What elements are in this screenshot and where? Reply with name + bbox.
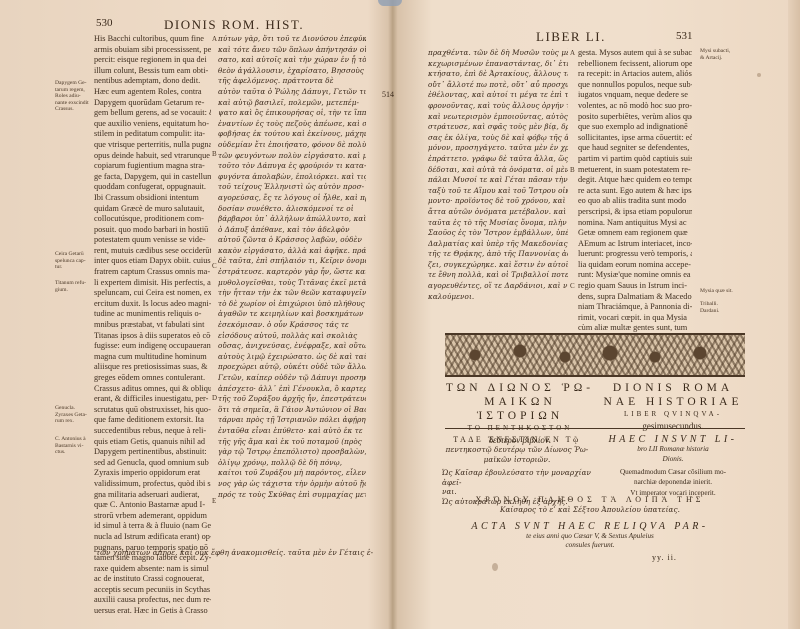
- text-line: fugisse: eum indigenę occupauerant: [94, 341, 211, 352]
- text-line: Titanas ipsos à diis superatos eò cō-: [94, 331, 211, 342]
- text-line: τῆς τοῦ Ζυράξου ἀρχῆς ἦν, ἐπεστράτευσε,: [218, 394, 366, 405]
- text-line: κακὸν εἰργάσατο, ἀλλὰ καὶ ἀφῆκε. πράξας: [218, 246, 366, 257]
- text-line: γὰρ τῷ Ἴστρῳ ἐπεπόλιστο) προσβαλὼν, ἐν: [218, 447, 366, 458]
- text-line: potestatem quum venisse se vide-: [94, 235, 211, 246]
- page-number: 531: [676, 30, 693, 42]
- text-line: quidam Græcè de muro salutauit,: [94, 204, 211, 215]
- text-line: partim vi partim quòd captiuis suis: [578, 154, 692, 165]
- text-line: προεχώρει αὐτῷ, οὐκέτι οὐδὲ τῶν ἄλλων: [218, 362, 366, 373]
- contents-heading: μαϊκῶν ἱστοριῶν.: [442, 455, 592, 465]
- text-line: quæ C. Antonio Bastarnæ apud I-: [94, 500, 211, 511]
- margin-note-line: Triballi.: [700, 301, 719, 308]
- text-line: ἄττα αὐτῶν ὀνόματα μετέβαλον. καὶ μετὰ: [428, 207, 568, 218]
- text-line: νος γὰρ ὡς τάχιστα τὴν ὁρμὴν αὐτοῦ ᾔσθετ…: [218, 479, 366, 490]
- text-line: eo quo ab aliis tradita sunt modo: [578, 196, 692, 207]
- text-line: perscripsi, & ipsa etiam populorum: [578, 207, 692, 218]
- text-line: ταῦτα ἐς τὸ τῆς Μυσίας ὄνομα, πλὴν ὅσα ὁ: [428, 218, 568, 229]
- text-line: collocutúsque, proditionem com-: [94, 214, 211, 225]
- text-line: ac de instituto Crassi cognouerat,: [94, 574, 211, 585]
- title-line: NAE HISTORIAE: [598, 395, 748, 409]
- margin-note-line: Ceira Getarū: [55, 251, 86, 258]
- margin-note-line: Genucla.: [55, 405, 87, 412]
- text-line: regio quam Sauus in Istrum inci-: [578, 281, 692, 292]
- text-line: εἰσόδους αὐτοῦ, πολλὰς καὶ σκολιὰς: [218, 331, 366, 342]
- text-line: καὶ τότε ἄνευ τῶν ὅπλων ἀπήντησάν οἱ, ἐφ…: [218, 45, 366, 56]
- contents-heading: πεντηκοστῷ δευτέρῳ τῶν Δίωνος Ῥω-: [442, 445, 592, 455]
- text-line: tudine ac munimentis reliquis o-: [94, 309, 211, 320]
- chronology: ΧΡΌΝΟΥ ΠΛΗ͂ΘΟΣ ΤᾺ ΛΟΙΠᾺ ΤΗ͂Σ Καίσαρος τὸ…: [440, 494, 740, 551]
- text-line: ταξὺ τοῦ τε Αἵμου καὶ τοῦ Ἴστρου οἰκοῦσι…: [428, 186, 568, 197]
- text-line: acceptis secum pecuniis in Scythas: [94, 585, 211, 596]
- text-line: ψατο καὶ ὃς ἐπικουρήσας οἱ, τὴν τε ἵππον…: [218, 108, 366, 119]
- text-line: raxe quidem absente: nam is simul: [94, 564, 211, 575]
- text-line: luerunt: progressu verò temporis, a-: [578, 249, 692, 260]
- text-line: illum colunt, Bessis tum eam obti-: [94, 66, 211, 77]
- contents-heading: HAEC INSVNT LI-: [598, 434, 748, 445]
- text-line: nomina. Nam antiquitus Mysi ac: [578, 218, 692, 229]
- margin-note-line: Zyraxes Geta-: [55, 412, 87, 419]
- text-line: uersus erat. Hæc in Getis à Crasso: [94, 606, 211, 617]
- latin-column: His Bacchi cultoribus, quum finearmis ob…: [94, 34, 211, 617]
- text-line: Dapygem quorūdam Getarum re-: [94, 98, 211, 109]
- text-line: μόνον, προσηγάγετο. ταῦτα μὲν ἐν χρόνῳ: [428, 143, 568, 154]
- text-line: ἐστράτευσε. καρτερὸν γὰρ ἦν, ὥστε καὶ: [218, 267, 366, 278]
- margin-note: Genucla.Zyraxes Geta-rum rex.: [55, 405, 87, 425]
- text-line: posuit. quo modo barbari in hostiū: [94, 225, 211, 236]
- text-line: Crassus aditus omnes, qui & obliqui: [94, 384, 211, 395]
- text-line: δοσίαν συνέθετο. ἁλισκόμενοί τε οἱ: [218, 204, 366, 215]
- margin-note-line: Bastarnis vi-: [55, 443, 86, 450]
- text-line: His Bacchi cultoribus, quum fine: [94, 34, 211, 45]
- text-line: dens, supra Dalmatiam & Macedo-: [578, 292, 692, 303]
- margin-note-line: ctus.: [55, 449, 86, 456]
- greek-bottom-line: τῶν χρημάτων ἀπῆρε, καὶ οὐκ ἔφθη ἀνακομι…: [96, 548, 368, 559]
- contents-item: Quemadmodum Cæsar cōsilium mo-: [598, 468, 748, 478]
- section-letter: C: [570, 282, 575, 290]
- text-line: inter quos etiam Dapyx obiit. cuius: [94, 256, 211, 267]
- text-line: rebellionem fecissent, aliorum ope-: [578, 59, 692, 70]
- text-line: Getæ omnem eam regionem quæ: [578, 228, 692, 239]
- text-line: κεχωρισμένων ἐπαναστάντας, δι᾽ ἑτέρων ἀν…: [428, 59, 568, 70]
- section-letter: C: [212, 262, 217, 270]
- text-line: αγορευθέντες, οἵ τε Δαρδάνιοι, καὶ νῦν ο…: [428, 281, 568, 292]
- text-line: ἐσεκόμισαν. ὁ οὖν Κράσσος τάς τε: [218, 320, 366, 331]
- text-line: opus deinde habuit, sed vtrarunque: [94, 151, 211, 162]
- text-line: καίτοι τοῦ Ζυράξου μὴ παρόντος, εἷλεν. ἐ…: [218, 468, 366, 479]
- chronology-latin-line: consules fuerunt.: [440, 541, 740, 551]
- text-line: ercitum duxit. Is locus adeo magni-: [94, 299, 211, 310]
- text-line: ὀλίγῳ χρόνῳ, πολλῷ δὲ δὴ πόνῳ,: [218, 458, 366, 469]
- text-line: τῆς τε Θρᾴκης, ἀπὸ τῆς Παννονίας ἀφορί-: [428, 249, 568, 260]
- margin-note: C. Antonius àBastarnis vi-ctus.: [55, 436, 86, 456]
- text-line: sed ad Genucla, quod omnium sub: [94, 458, 211, 469]
- contents-heading: ΤΑΔΕ ἘΝΕΣΤΙΝ ἘΝ Τῷ: [442, 434, 592, 445]
- text-line: metuerent, in suam potestatem re-: [578, 165, 692, 176]
- title-line: gesimusecundus.: [598, 420, 748, 432]
- text-line: τοῦτο τὸν Δάπυγα ἐς φρούριόν τι κατα-: [218, 161, 366, 172]
- text-line: scrutatus quū obstruxisset, his quo-: [94, 405, 211, 416]
- greek-column: πραχθέντα. τῶν δὲ δὴ Μυσῶν τοὺς μὲν ἐκ τ…: [428, 48, 568, 302]
- text-line: runt: Mysiæ'que nomine omnis ea: [578, 270, 692, 281]
- text-line: ἐνταῦθα εἶναι ἐπύθετο· καὶ αὐτὸ ἐκ τε: [218, 426, 366, 437]
- chronology-greek-caps: ΧΡΌΝΟΥ ΠΛΗ͂ΘΟΣ ΤᾺ ΛΟΙΠᾺ ΤΗ͂Σ: [440, 494, 740, 505]
- text-line: τὸ δὲ χωρίον οἱ ἐπιχώριοι ὑπὸ πλήθους: [218, 299, 366, 310]
- text-line: mnibus præstabat, vt fabulati sint: [94, 320, 211, 331]
- text-line: σατο, καὶ αὐτοῖς καὶ τὴν χώραν ἐν ᾗ τὸν: [218, 55, 366, 66]
- text-line: σας ἐκ ὀλίγα, τοὺς δὲ καὶ φόβῳ τῆς ἁλώσε…: [428, 133, 568, 144]
- margin-note-line: tarum regem,: [55, 87, 89, 94]
- divider-rule: [445, 428, 745, 429]
- greek-column: πύτων γὰρ, ὅτι τοῦ τε Διονύσου ἐπεφύκεσα…: [218, 34, 366, 500]
- text-line: ὅτι τὰ σημεῖα, ἃ Γάιον Ἀντώνιον οἱ Βασ-: [218, 405, 366, 416]
- contents-item: narchiæ deponendæ inierit.: [598, 478, 748, 488]
- section-letter: A: [570, 49, 575, 57]
- text-line: erant, & difficiles inuestigatu, per-: [94, 394, 211, 405]
- text-line: lia quidam eorum nomina accepe-: [578, 260, 692, 271]
- text-line: οὐδεμίαν ἔτι ἐποιήσατο, φόνον δὲ πολὺν: [218, 140, 366, 151]
- text-line: volentes, ac nō modò hoc suo pro-: [578, 101, 692, 112]
- title-line: DIONIS ROMA: [598, 381, 748, 395]
- contents-heading: Dionis.: [598, 455, 748, 465]
- margin-note-line: Roles adiu-: [55, 93, 89, 100]
- text-line: Γετῶν, καίπερ οὐδὲν τῷ Δάπυγι προσηκόντω…: [218, 373, 366, 384]
- contents-item: Ὡς Καῖσαρ ἐβουλεύσατο τὴν μοναρχίαν ἀφεῖ…: [442, 468, 592, 487]
- chronology-latin-caps: ACTA SVNT HAEC RELIQVA PAR-: [440, 521, 740, 532]
- text-line: ἐναντίων ἐς τοὺς πεζοὺς ἀπέωσε, καὶ συμ-: [218, 119, 366, 130]
- text-line: validissimum, profectus, quòd ibi si-: [94, 479, 211, 490]
- text-line: gna militaria adseruari audierat,: [94, 490, 211, 501]
- text-line: Dapygem pertinentibus, abstinuit:: [94, 447, 211, 458]
- text-line: AEmum ac Istrum interiacet, inco-: [578, 239, 692, 250]
- text-line: ἐπράττετο. γράφω δὲ ταῦτα ἄλλα, ὥς που π…: [428, 154, 568, 165]
- text-line: φυγόντα ἀπολαβὼν, ἐπολιόρκει. καὶ τις ἐκ: [218, 172, 366, 183]
- text-line: τῶν φευγόντων πολὺν εἰργάσατο. καὶ μετὰ: [218, 151, 366, 162]
- text-line: πύτων γὰρ, ὅτι τοῦ τε Διονύσου ἐπεφύκεσα…: [218, 34, 366, 45]
- foxing-spot: [492, 563, 498, 571]
- text-line: quis etiam Getis, quanuis nihil ad: [94, 437, 211, 448]
- margin-note-line: nante exscindit: [55, 100, 89, 107]
- chronology-latin-line: te eius anni quo Cæsar V, & Sextus Apule…: [440, 532, 740, 542]
- text-line: rimit, vocari cœpit. in qua Mysia: [578, 313, 692, 324]
- margin-note-line: C. Antonius à: [55, 436, 86, 443]
- section-letter: B: [570, 166, 575, 174]
- text-line: sollicitantes, ipse arma cōuertit: eós-: [578, 133, 692, 144]
- section-letter: A: [212, 35, 217, 43]
- text-line: Hæc eum agentem Roles, contra: [94, 87, 211, 98]
- margin-note-line: spelunca cap-: [55, 258, 86, 265]
- text-line: auxilii causa profectus, nec dum re-: [94, 595, 211, 606]
- text-line: φοβήσας ἐκ τούτου καὶ ἐκείνους, μάχην μὲ…: [218, 129, 366, 140]
- text-line: fratrem captum Crassus omnis ma-: [94, 267, 211, 278]
- text-line: οὔτ᾽ ἄλλοτέ πω ποτὲ, οὔτ᾽ αὖ προσχωρῆσαί…: [428, 80, 568, 91]
- text-line: re acta sunt. Ego autem & hæc ipsa: [578, 186, 692, 197]
- margin-note-line: Mysi subacti,: [700, 48, 730, 55]
- text-line: Δαλματίας καὶ ὑπὲρ τῆς Μακεδονίας,: [428, 239, 568, 250]
- text-line: ge facta, Dapygem, qui in castellum: [94, 172, 211, 183]
- margin-note-line: gium.: [55, 287, 86, 294]
- text-line: βάρβαροι ὑπ᾽ ἀλλήλων ἀπώλλυντο, καὶ: [218, 214, 366, 225]
- text-line: κτήσατο, ἐπὶ δὲ Ἀρτακίους, ἄλλους τέ τιν…: [428, 69, 568, 80]
- running-head: LIBER LI.: [536, 29, 606, 45]
- text-line: greges eōdem omnes contulerant.: [94, 373, 211, 384]
- text-line: τῆς ἀφελόμενος. πράττοντα δὲ: [218, 76, 366, 87]
- text-line: φρονοῦντας, καὶ τοὺς ἄλλους ὀργήν τε ἅμα: [428, 101, 568, 112]
- text-line: que nonnullos populos, neque sub-: [578, 80, 692, 91]
- latin-book-title: DIONIS ROMA NAE HISTORIAE LIBER QVINQVA-…: [598, 381, 748, 432]
- text-line: niam Thraciámque, à Pannonia di-: [578, 302, 692, 313]
- text-line: copiarum fugientium magna stra-: [94, 161, 211, 172]
- text-line: τὴν ἧτταν τὴν ἐκ τῶν θεῶν καταφυγεῖν·: [218, 288, 366, 299]
- text-line: degit. Atque hæc quidem eo tempo-: [578, 175, 692, 186]
- contents-heading: bro LII Romanæ historia: [598, 445, 748, 455]
- page-ref: 514: [382, 90, 394, 99]
- text-line: καὶ αὐτῷ βασιλεῖ, πολεμῶν, μετεπέμ-: [218, 98, 366, 109]
- text-line: οὔσας, ἀνιχνεύσας, ἐνέφραξε, καὶ οὕτως: [218, 341, 366, 352]
- text-line: aliisque res pretiosissimas suas, &: [94, 362, 211, 373]
- text-line: speluncam, cui Ceira est nomen, ex-: [94, 288, 211, 299]
- text-line: que haud segniter se defendentes,: [578, 143, 692, 154]
- text-line: μοντο· προϊόντος δὲ τοῦ χρόνου, καὶ ἐς ἄ…: [428, 196, 568, 207]
- text-line: τῆς γῆς ἅμα καὶ ἐκ τοῦ ποταμοῦ (πρὸς: [218, 437, 366, 448]
- text-line: δὲ ταῦτα, ἐπὶ σπήλαιόν τι, Κεῖριν ὀνομαζ…: [218, 256, 366, 267]
- text-line: nucla ad Istrum ædificata erant) op-: [94, 532, 211, 543]
- text-line: posito superbiētes, verùm alios quo-: [578, 112, 692, 123]
- text-line: ἐθέλοντας, καὶ αὐτοί τι μέγα τε ἐπὶ τούτ…: [428, 90, 568, 101]
- text-line: αὐτὸν ταῦτα ὁ Ῥώλης Δάπυγι, Γετῶν τινῶν: [218, 87, 366, 98]
- text-line: strorū vrbem ademerant, oppidum: [94, 511, 211, 522]
- text-line: gesta. Mysos autem qui à se subacti: [578, 48, 692, 59]
- latin-column: gesta. Mysos autem qui à se subactirebel…: [578, 48, 692, 366]
- text-line: καλούμενοι.: [428, 292, 568, 303]
- margin-note: Dapygem Ge-tarum regem,Roles adiu-nante …: [55, 80, 89, 113]
- text-line: que auxilio veniens, equitatum ho-: [94, 119, 211, 130]
- title-line: LIBER QVINQVA-: [598, 409, 748, 420]
- margin-note-line: & Artacij.: [700, 55, 730, 62]
- text-line: ζει, συγκεχώρηκε. καὶ ἔστιν ἐν αὐτοῖς ἄλ…: [428, 260, 568, 271]
- text-line: Σαοῦος ἐς τὸν Ἴστρον ἐμβάλλων, ὑπέρ τε τ…: [428, 228, 568, 239]
- text-line: τάρναι πρὸς τῇ Ἰστριανῶν πόλει ἀφῄρηντο,: [218, 415, 366, 426]
- text-line: gem bellum gerens, ad se vocauit: &: [94, 108, 211, 119]
- margin-note: Mysi subacti,& Artacij.: [700, 48, 730, 61]
- margin-note-line: Crassus.: [55, 106, 89, 113]
- text-line: ἀπέσχετο· ἀλλ᾽ ἐπὶ Γένουκλα, ὃ καρτερώτα…: [218, 384, 366, 395]
- text-line: δέδοται, καὶ αὐτὰ τὰ ὀνόματα. οἱ μὲν γὰρ: [428, 165, 568, 176]
- text-line: Ibi Crassum obsidioni intentum: [94, 193, 211, 204]
- margin-note-line: Titanum refu-: [55, 280, 86, 287]
- section-letter: B: [212, 150, 217, 158]
- section-letter: E: [212, 497, 216, 505]
- text-line: ὁ Δάπυξ ἀπέθανε, καὶ τὸν ἀδελφὸν: [218, 225, 366, 236]
- text-line: πρός τε τοὺς Σκύθας ἐπὶ συμμαχίας μετὰ: [218, 490, 366, 501]
- text-line: id simul à terra & à fluuio (nam Ge-: [94, 521, 211, 532]
- margin-note-line: tur.: [55, 264, 86, 271]
- text-line: rent, mutuis cædibus sese occiderūt:: [94, 246, 211, 257]
- text-line: αὐτοὺς λιμῷ ἐχειρώσατο. ὡς δὲ καὶ ταῦτα: [218, 352, 366, 363]
- text-line: μυθολογεῖσθαι, τοὺς Τιτᾶνας ἐκεῖ μετὰ: [218, 278, 366, 289]
- text-line: li expertem dimisit. His perfectis, ad: [94, 278, 211, 289]
- book-spread: 530 DIONIS ROM. HIST. Dapygem Ge-tarum r…: [0, 0, 800, 629]
- text-line: τοῦ τείχους Ἑλληνιστὶ ὡς αὐτὸν προσ-: [218, 182, 366, 193]
- latin-contents: HAEC INSVNT LI- bro LII Romanæ historia …: [598, 434, 748, 499]
- text-line: magna cum multitudine hominum: [94, 352, 211, 363]
- margin-note: Mysia quæ sit.: [700, 288, 733, 295]
- page-number: 530: [96, 17, 113, 29]
- margin-note-line: Dapygem Ge-: [55, 80, 89, 87]
- foxing-spot: [757, 73, 761, 77]
- text-line: armis obuiam sibi processissent, pe-: [94, 45, 211, 56]
- text-line: ἀγαθῶν τε κειμηλίων καὶ βοσκημάτων: [218, 309, 366, 320]
- title-line: ΤΩΝ ΔΙΩΝΟΣ ῬΩ-: [445, 381, 595, 395]
- text-line: ra recepit: in Artacios autem, aliós-: [578, 69, 692, 80]
- margin-note-line: Dardani.: [700, 308, 719, 315]
- margin-note: Titanum refu-gium.: [55, 280, 86, 293]
- margin-note: Triballi.Dardani.: [700, 301, 719, 314]
- text-line: que fame deditionem extorsit. Ita: [94, 415, 211, 426]
- margin-note-line: rum rex.: [55, 418, 87, 425]
- text-line: percit: eisque regionem in qua dei: [94, 55, 211, 66]
- text-line: succedentibus rebus, neque à reli-: [94, 426, 211, 437]
- text-line: αὐτοῦ ζῶντα ὁ Κράσσος λαβὼν, οὐδὲν: [218, 235, 366, 246]
- text-line: que suo exemplo ad indignationē: [578, 122, 692, 133]
- text-line: στράτευσε, καὶ σφᾶς τοὺς μὲν βίᾳ, δραπετ…: [428, 122, 568, 133]
- text-line: θεὸν ἀγάλλουσιν, ἐχαρίσατο, Βησσοὺς ἐξ α…: [218, 66, 366, 77]
- signature-mark: yy. ii.: [652, 553, 677, 562]
- title-line: ΜΑΙΚΩΝ ἹΣΤΟΡΙΩΝ: [445, 395, 595, 423]
- text-line: καὶ νεωτερισμὸν ἐμποιοῦντας, αὐτὸς τε ἐπ…: [428, 112, 568, 123]
- text-line: πραχθέντα. τῶν δὲ δὴ Μυσῶν τοὺς μὲν ἐκ τ…: [428, 48, 568, 59]
- text-line: iugatos vnquam, neque dedere se: [578, 90, 692, 101]
- chronology-greek-line: Καίσαρος τὸ εʹ καὶ Σέξτου Ἀπουλείου ὑπατ…: [440, 505, 740, 515]
- margin-note: Ceira Getarūspelunca cap-tur.: [55, 251, 86, 271]
- text-line: πάλαι Μυσοί τε καὶ Γέται πᾶσαν τὴν με-: [428, 175, 568, 186]
- running-head: DIONIS ROM. HIST.: [164, 17, 304, 33]
- decorative-headpiece: [445, 333, 745, 377]
- section-letter: D: [212, 394, 217, 402]
- text-line: Zyraxis imperio oppidorum erat: [94, 468, 211, 479]
- text-line: quoddam confugerat, oppugnauit.: [94, 182, 211, 193]
- text-line: αγορεύσας, ἔς τε λόγους οἱ ἦλθε, καὶ προ…: [218, 193, 366, 204]
- text-line: nentibus ademptam, dono dedit.: [94, 76, 211, 87]
- text-line: que vtrisque perterritis, nulla pugna: [94, 140, 211, 151]
- margin-note-line: Mysia quæ sit.: [700, 288, 733, 295]
- text-line: τε ἔθνη πολλὰ, καὶ οἱ Τριβαλλοί ποτε προ…: [428, 270, 568, 281]
- text-line: stilem in peditatum compulit: ita-: [94, 129, 211, 140]
- left-page: 530 DIONIS ROM. HIST. Dapygem Ge-tarum r…: [0, 0, 390, 629]
